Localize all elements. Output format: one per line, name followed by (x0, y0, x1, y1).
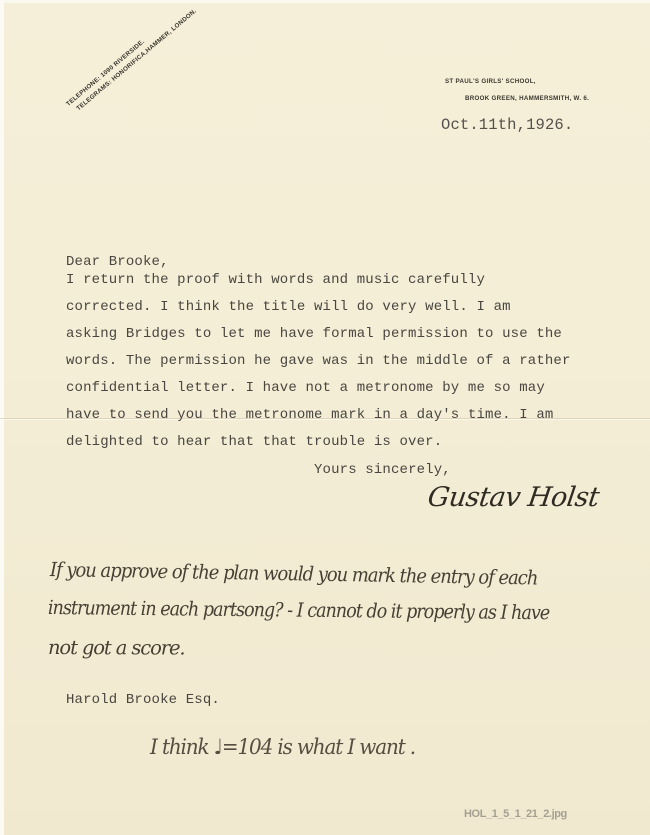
handwritten-tempo-note: I think ♩=104 is what I want . (150, 735, 415, 759)
letterhead-telephone: TELEPHONE: 1090 RIVERSIDE. (64, 37, 146, 108)
body-line: I return the proof with words and music … (66, 272, 485, 288)
handwritten-postscript-line: instrument in each partsong? - I cannot … (48, 596, 549, 624)
letterhead-address-line2: BROOK GREEN, HAMMERSMITH, W. 6. (465, 95, 589, 102)
recipient-line: Harold Brooke Esq. (66, 692, 220, 708)
letter-date: Oct.11th,1926. (441, 116, 573, 134)
signature: Gustav Holst (426, 482, 601, 513)
image-filename-label: HOL_1_5_1_21_2.jpg (464, 808, 567, 820)
body-line: asking Bridges to let me have formal per… (66, 326, 562, 342)
body-line: confidential letter. I have not a metron… (66, 380, 545, 396)
letter-page: TELEPHONE: 1090 RIVERSIDE. TELEGRAMS: HO… (0, 0, 650, 835)
closing: Yours sincerely, (314, 462, 451, 478)
letterhead-address-line1: ST PAUL'S GIRLS' SCHOOL, (445, 78, 536, 85)
salutation: Dear Brooke, (66, 254, 169, 270)
body-line: have to send you the metronome mark in a… (66, 407, 553, 423)
body-line: delighted to hear that that trouble is o… (66, 434, 442, 450)
letterhead-telegrams: TELEGRAMS: HONORIFICA,HAMMER, LONDON. (75, 7, 199, 113)
page-top-edge (0, 0, 650, 3)
handwritten-postscript-line: If you approve of the plan would you mar… (50, 558, 538, 590)
body-line: words. The permission he gave was in the… (66, 353, 571, 369)
handwritten-postscript-line: not got a score. (48, 636, 185, 659)
body-line: corrected. I think the title will do ver… (66, 299, 511, 315)
